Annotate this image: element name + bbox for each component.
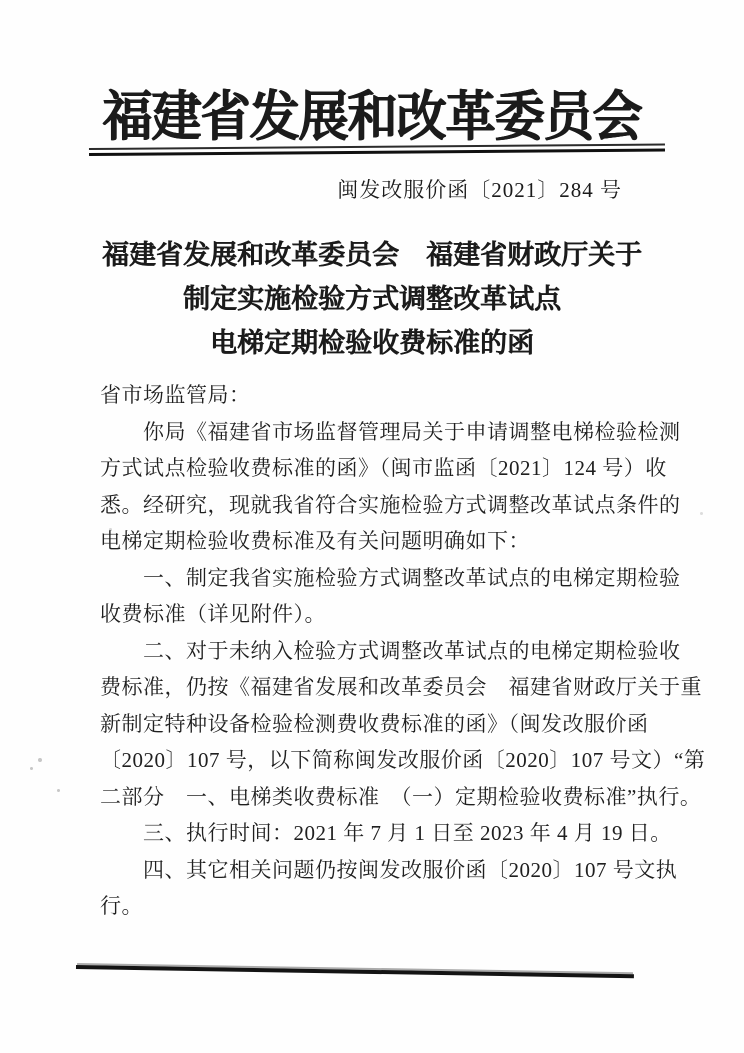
body-text-line: 收费标准（详见附件）。 [100,596,666,633]
body-text-line: 二、对于未纳入检验方式调整改革试点的电梯定期检验收 [100,633,666,670]
page-bottom-rule [76,965,634,978]
letterhead-agency-name: 福建省发展和改革委员会 [0,84,744,149]
document-title-line: 电梯定期检验收费标准的函 [0,321,744,365]
body-text-line: 二部分 一、电梯类收费标准 （一）定期检验收费标准”执行。 [100,779,666,816]
body-text-line: 行。 [100,888,666,925]
body-text-line: 费标准，仍按《福建省发展和改革委员会 福建省财政厅关于重 [100,669,666,706]
scan-speck [109,528,112,531]
scan-speck [57,789,60,792]
scanned-document-page: 福建省发展和改革委员会 闽发改服价函〔2021〕284 号 福建省发展和改革委员… [0,0,744,1053]
body-text-line: 三、执行时间：2021 年 7 月 1 日至 2023 年 4 月 19 日。 [100,815,666,852]
body-text-line: 四、其它相关问题仍按闽发改服价函〔2020〕107 号文执 [100,852,666,889]
body-paragraph-lines: 你局《福建省市场监督管理局关于申请调整电梯检验检测方式试点检验收费标准的函》（闽… [100,414,666,925]
scan-speck [700,512,703,515]
scan-speck [38,758,42,762]
body-text-line: 〔2020〕107 号，以下简称闽发改服价函〔2020〕107 号文）“第 [100,742,666,779]
body-text-line: 你局《福建省市场监督管理局关于申请调整电梯检验检测 [100,414,666,451]
scan-speck [30,767,33,770]
document-number: 闽发改服价函〔2021〕284 号 [337,174,622,204]
body-text-line: 方式试点检验收费标准的函》（闽市监函〔2021〕124 号）收 [100,450,666,487]
body-text-line: 新制定特种设备检验检测费收费标准的函》（闽发改服价函 [100,706,666,743]
document-body: 省市场监管局： 你局《福建省市场监督管理局关于申请调整电梯检验检测方式试点检验收… [100,377,666,925]
document-title-line: 福建省发展和改革委员会 福建省财政厅关于 [0,233,744,277]
salutation-line: 省市场监管局： [100,377,666,414]
body-text-line: 悉。经研究，现就我省符合实施检验方式调整改革试点条件的 [100,487,666,524]
body-text-line: 一、制定我省实施检验方式调整改革试点的电梯定期检验 [100,560,666,597]
document-title: 福建省发展和改革委员会 福建省财政厅关于制定实施检验方式调整改革试点电梯定期检验… [0,233,744,365]
document-title-line: 制定实施检验方式调整改革试点 [0,277,744,321]
body-text-line: 电梯定期检验收费标准及有关问题明确如下： [100,523,666,560]
